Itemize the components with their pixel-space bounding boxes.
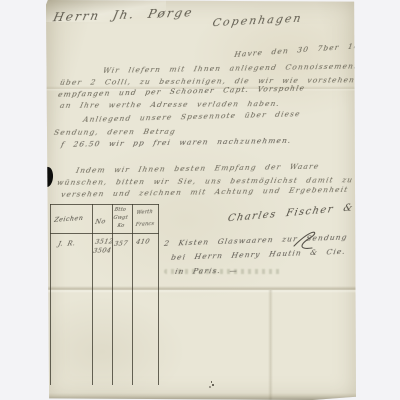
col-header-gewicht: Btto: [114, 207, 127, 213]
row-mark: J. R.: [57, 239, 76, 248]
row-francs: 410: [135, 238, 150, 247]
table-vline: [158, 204, 159, 385]
body-line: Indem wir Ihnen besten Empfang der Waare: [75, 162, 320, 175]
row-no-bottom: 3504: [92, 246, 112, 255]
col-header-no: No: [95, 217, 107, 226]
recipient-city: Copenhagen: [211, 11, 303, 29]
letter-paper: Herrn Jh. Pørge Copenhagen Havre den 30 …: [46, 0, 356, 400]
dateline: Havre den 30 7ber 1840: [234, 40, 372, 59]
body-line: versehen und zeichnen mit Achtung und Er…: [60, 185, 349, 199]
col-header-werth: Francs: [135, 221, 155, 228]
table-vline: [92, 204, 93, 385]
photo-of-letter: Herrn Jh. Pørge Copenhagen Havre den 30 …: [0, 0, 400, 400]
table-vline: [50, 204, 51, 385]
body-line: Sendung, deren Betrag: [53, 127, 177, 137]
col-header-zeichen: Zeichen: [54, 214, 84, 224]
table-vline: [132, 204, 133, 385]
table-header-underline: [50, 233, 159, 234]
body-line: an Ihre werthe Adresse verladen haben.: [59, 99, 281, 110]
small-ink-mark: [209, 381, 211, 383]
row-no-top: 3512: [94, 237, 114, 246]
annotation-line: bei Herrn Henry Hautin & Cie.: [170, 247, 346, 262]
table-top-border: [50, 204, 159, 205]
table-vline: [112, 204, 113, 385]
col-header-werth: Werth: [136, 209, 153, 216]
amount-line: f 26.50 wir pp frei waren nachzunehmen.: [60, 136, 292, 149]
fold-crease-vertical: [268, 290, 273, 400]
body-line: Wir liefern mit Ihnen anliegend Connoiss…: [102, 62, 359, 75]
col-header-gewicht: Ko: [117, 223, 125, 229]
body-line: Anliegend unsere Spesennote über diese: [82, 109, 301, 124]
col-header-gewicht: Gwgt: [113, 215, 129, 221]
annotation-line: in Paris. —: [174, 266, 239, 276]
ink-blot: [41, 166, 54, 187]
row-gewicht: 357: [113, 240, 128, 249]
signature: Charles Fischer & Co: [227, 200, 381, 224]
paper-bottom-shadow: [46, 393, 356, 400]
